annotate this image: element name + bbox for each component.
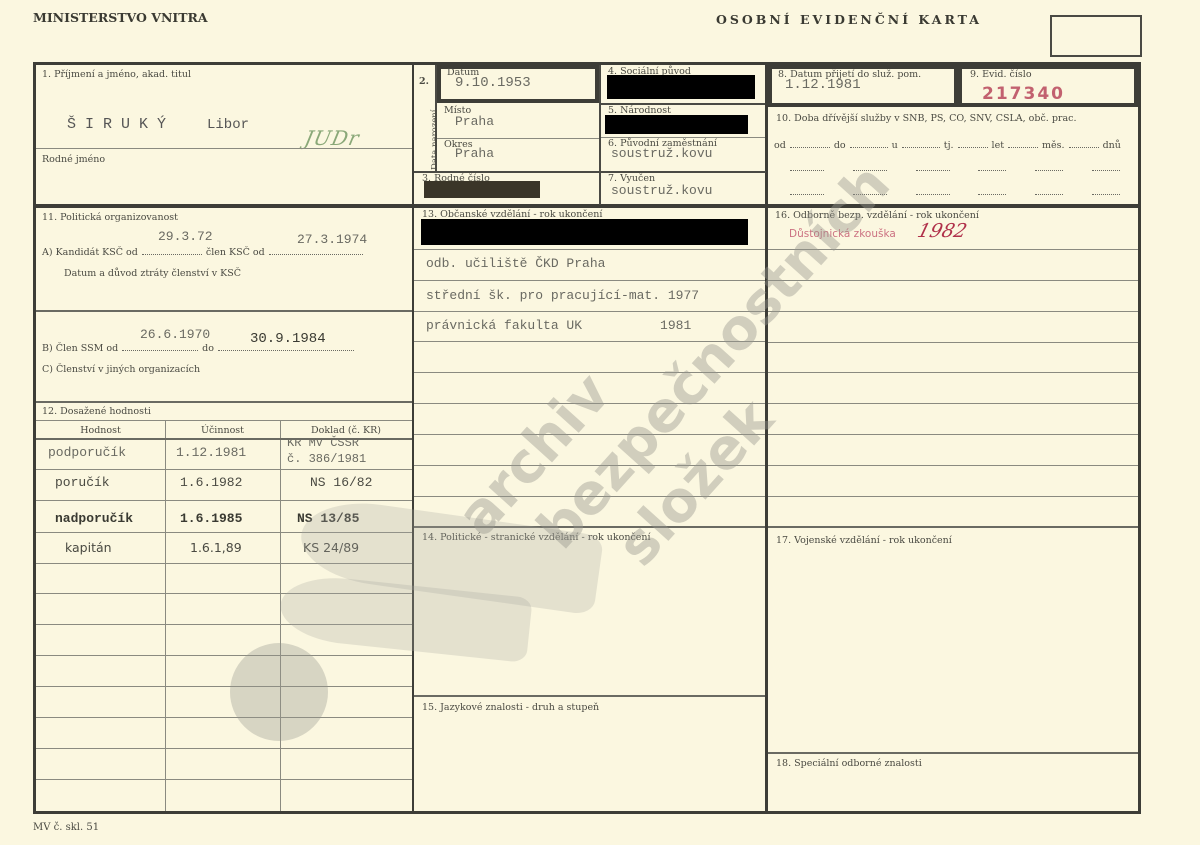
- bezp-line-7: [768, 434, 1138, 435]
- rank-row-1-doc-line2: č. 386/1981: [287, 452, 366, 466]
- prior-at-blank: [902, 147, 940, 148]
- field18-top-divider: [768, 752, 1138, 754]
- field11-label: 11. Politická organizovanost: [42, 212, 178, 223]
- bezp-line-2: [768, 280, 1138, 281]
- ranks-header-document: Doklad (č. KR): [280, 425, 412, 436]
- field15-label: 15. Jazykové znalosti - druh a stupeň: [422, 702, 599, 713]
- ranks-header-rank: Hodnost: [36, 425, 165, 436]
- archive-logo-swoosh-2: [277, 572, 532, 663]
- prior-from-blank: [790, 147, 830, 148]
- rank-row-4-doc: KS 24/89: [303, 540, 359, 555]
- ministry-heading: MINISTERSTVO VNITRA: [33, 10, 208, 25]
- prior-years-label: let: [992, 140, 1004, 151]
- field14-top-divider: [414, 526, 765, 528]
- birth-district-value: Praha: [455, 146, 494, 161]
- field9-label: 9. Evid. číslo: [970, 69, 1032, 80]
- form-code: MV č. skl. 51: [33, 822, 99, 833]
- education-line-2-rule: [414, 311, 765, 312]
- rank-row-2-rank: poručík: [55, 475, 110, 490]
- ssm-from-blank: [122, 350, 198, 351]
- rank-empty-line-7: [36, 779, 412, 780]
- rank-row-2-line: [36, 500, 412, 501]
- field17-top-divider: [768, 526, 1138, 528]
- ksc-loss-label: Datum a důvod ztráty členství v KSČ: [64, 268, 241, 279]
- ksc-candidate-date: 29.3.72: [158, 229, 213, 244]
- officer-exam-stamp: Důstojnická zkouška: [789, 228, 896, 240]
- education-line-1-rule: [414, 280, 765, 281]
- bezp-line-8: [768, 465, 1138, 466]
- maiden-name-label: Rodné jméno: [42, 154, 105, 165]
- education-line-8-rule: [414, 496, 765, 497]
- social-origin-redaction: [607, 75, 755, 99]
- rank-row-3-doc: NS 13/85: [297, 511, 359, 526]
- bezp-line-3: [768, 311, 1138, 312]
- bezp-line-9: [768, 496, 1138, 497]
- education-line-3-rule: [414, 341, 765, 342]
- service-start-value: 1.12.1981: [785, 77, 861, 93]
- civil-education-redaction: [421, 219, 748, 245]
- archive-logo-circle: [230, 643, 328, 741]
- bezp-line-4: [768, 342, 1138, 343]
- prior-ie-blank: [958, 147, 988, 148]
- field2-number: 2.: [419, 76, 429, 87]
- rank-row-1-line: [36, 469, 412, 470]
- ranks-header-top-line: [36, 420, 412, 421]
- field1-divider: [36, 148, 412, 149]
- prior-service-blank-row-1: [790, 170, 1120, 171]
- rank-empty-line-5: [36, 717, 412, 718]
- birth-data-side-label: Data narození: [430, 110, 440, 171]
- education-line-0: [414, 249, 765, 250]
- ranks-col-divider-2: [280, 420, 281, 811]
- ksc-candidate-label: A) Kandidát KSČ od: [42, 247, 138, 258]
- rank-empty-line-2: [36, 624, 412, 625]
- ksc-member-label: člen KSČ od: [206, 247, 265, 258]
- field15-top-divider: [414, 695, 765, 697]
- rank-row-2-doc: NS 16/82: [310, 475, 372, 490]
- ksc-member-blank: [269, 254, 363, 255]
- top-section-divider: [33, 204, 1141, 208]
- rank-row-1-rank: podporučík: [48, 445, 126, 460]
- education-line-6-rule: [414, 434, 765, 435]
- prior-at-label: u: [892, 140, 898, 151]
- field17-label: 17. Vojenské vzdělání - rok ukončení: [776, 535, 952, 546]
- rank-empty-line-6: [36, 748, 412, 749]
- ksc-row: A) Kandidát KSČ od člen KSČ od: [42, 247, 363, 258]
- nationality-redaction: [605, 115, 748, 134]
- rank-row-1-doc-line1: KR MV ČSSR: [287, 436, 359, 450]
- field14-label: 14. Politické - stranické vzdělání - rok…: [422, 532, 651, 543]
- col-divider-2: [765, 62, 768, 814]
- field11-mid-divider: [36, 310, 412, 312]
- bezp-line-6: [768, 403, 1138, 404]
- rank-empty-line-4: [36, 686, 412, 687]
- prior-to-blank: [850, 147, 888, 148]
- rank-row-4-line: [36, 563, 412, 564]
- prior-from-label: od: [774, 140, 786, 151]
- frame-bottom: [33, 811, 1141, 814]
- ssm-to-blank: [218, 350, 354, 351]
- academic-title-handwritten: JUDr: [302, 126, 362, 150]
- prior-months-blank: [1069, 147, 1099, 148]
- education-line-7-rule: [414, 465, 765, 466]
- birth-date-value: 9.10.1953: [455, 75, 531, 91]
- first-name-value: Libor: [207, 117, 249, 133]
- field2-right-divider: [599, 65, 601, 205]
- ranks-header-effective: Účinnost: [165, 425, 280, 436]
- bezp-line-5: [768, 372, 1138, 373]
- surname-value: Š I R U K Ý: [67, 116, 166, 133]
- watermark-line-3: složek: [605, 387, 786, 578]
- ksc-candidate-blank: [142, 254, 202, 255]
- field1-label: 1. Příjmení a jméno, akad. titul: [42, 69, 191, 80]
- rank-row-3-effective: 1.6.1985: [180, 511, 242, 526]
- watermark-line-1: archiv: [445, 361, 623, 549]
- ssm-row: B) Člen SSM od do: [42, 343, 354, 354]
- prior-days-label: dnů: [1103, 140, 1121, 151]
- prior-to-label: do: [834, 140, 846, 151]
- other-organizations-label: C) Členství v jiných organizacích: [42, 364, 200, 375]
- field12-top-divider: [36, 401, 412, 403]
- ranks-col-divider-1: [165, 420, 166, 811]
- trained-as-value: soustruž.kovu: [611, 183, 712, 198]
- registration-number-stamp: 217340: [982, 84, 1065, 104]
- birth-number-redaction: [424, 181, 540, 198]
- bezp-line-1: [768, 249, 1138, 250]
- ssm-to-label: do: [202, 343, 214, 354]
- education-line-2: střední šk. pro pracující-mat. 1977: [426, 288, 699, 303]
- ksc-member-date: 27.3.1974: [297, 232, 367, 247]
- ssm-from-date: 26.6.1970: [140, 327, 210, 342]
- birth-place-value: Praha: [455, 114, 494, 129]
- document-title: OSOBNÍ EVIDENČNÍ KARTA: [716, 12, 982, 27]
- education-line-1: odb. učiliště ČKD Praha: [426, 256, 605, 271]
- rank-row-1-effective: 1.12.1981: [176, 445, 246, 460]
- education-line-4-rule: [414, 372, 765, 373]
- frame-right: [1138, 62, 1141, 814]
- rank-row-4-effective: 1.6.1,89: [190, 540, 242, 555]
- officer-exam-year-handwritten: 1982: [915, 220, 969, 242]
- top-right-empty-box: [1050, 15, 1142, 57]
- field18-label: 18. Speciální odborné znalosti: [776, 758, 922, 769]
- ssm-label: B) Člen SSM od: [42, 343, 118, 354]
- field12-label: 12. Dosažené hodnosti: [42, 406, 151, 417]
- rank-row-3-line: [36, 532, 412, 533]
- prior-service-blank-row-2: [790, 194, 1120, 195]
- rank-empty-line-3: [36, 655, 412, 656]
- rank-row-2-effective: 1.6.1982: [180, 475, 242, 490]
- rank-empty-line-1: [36, 593, 412, 594]
- prior-years-blank: [1008, 147, 1038, 148]
- col-divider-1: [412, 62, 414, 814]
- original-employment-value: soustruž.kovu: [611, 146, 712, 161]
- rank-row-4-rank: kapitán: [65, 540, 112, 555]
- prior-months-label: měs.: [1042, 140, 1065, 151]
- rank-row-3-rank: nadporučík: [55, 511, 133, 526]
- prior-ie-label: tj.: [944, 140, 954, 151]
- education-line-3: právnická fakulta UK 1981: [426, 318, 691, 333]
- field10-label: 10. Doba dřívější služby v SNB, PS, CO, …: [776, 113, 1076, 124]
- education-line-5-rule: [414, 403, 765, 404]
- prior-service-row: od do u tj. let měs. dnů: [774, 140, 1134, 151]
